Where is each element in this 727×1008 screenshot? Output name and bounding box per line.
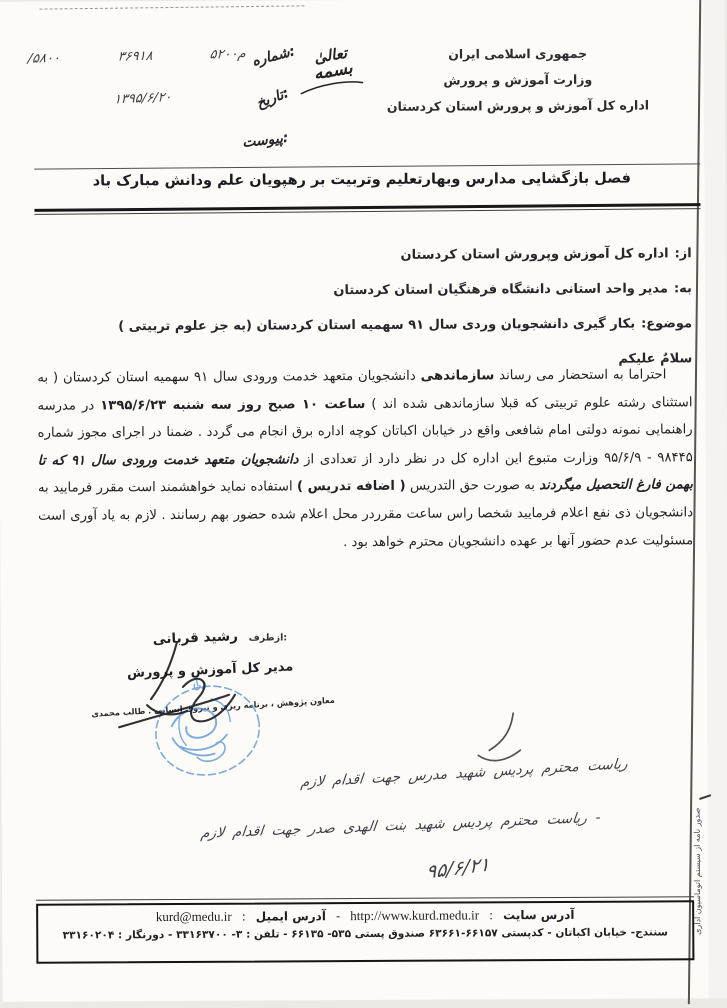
subject-text: بکار گیری دانشجویان وردی سال ۹۱ سهمیه اس…	[118, 317, 635, 335]
besmele-calligraphy: تعالیٰ بسمه	[291, 40, 375, 97]
from-label: از:	[675, 246, 692, 261]
email-value: kurd@medu.ir	[156, 909, 232, 924]
date-label: تاریخ:	[254, 85, 291, 112]
from-text: اداره کل آموزش وپرورش استان کردستان	[400, 246, 668, 262]
to-label: به:	[674, 281, 692, 296]
org-line-country: جمهوری اسلامی ایران	[378, 40, 658, 67]
body-segment: به صورت حق التدریس	[406, 478, 540, 494]
subject-label: موضوع:	[641, 316, 692, 331]
colon: :	[242, 910, 246, 924]
number-part: م۵۲۰۰	[209, 47, 246, 63]
number-value: ۵۸۰۰/۳۶۹۱۸م۵۲۰۰	[28, 47, 246, 67]
letter-body: احتراما به استحضار می رساند سازماندهی دا…	[37, 361, 693, 558]
org-line-ministry: وزارت آموزش و پرورش	[378, 66, 658, 93]
scanned-letter-sheet: جمهوری اسلامی ایران وزارت آموزش و پرورش …	[0, 0, 727, 1000]
body-segment: سازماندهی	[421, 368, 495, 383]
attachment-label: پیوست:	[241, 130, 289, 151]
handwritten-date: ۹۵/۶/۲۱	[426, 853, 490, 883]
website-label: آدرس سایت	[503, 908, 575, 922]
number-part: ۳۶۹۱۸	[117, 49, 153, 65]
signature-ink	[111, 638, 272, 749]
address-block: از:اداره کل آموزش وپرورش استان کردستان ب…	[39, 236, 693, 379]
footer-contact-line: آدرس سایت:http://www.kurd.medu.ir-آدرس ا…	[38, 906, 692, 925]
website-url: http://www.kurd.medu.ir	[350, 907, 479, 923]
date-value: ۱۳۹۵/۶/۲۰	[113, 90, 172, 107]
body-segment: ساعت ۱۰ صبح روز سه شنبه ۱۳۹۵/۶/۲۳	[100, 397, 365, 413]
footer-box: آدرس سایت:http://www.kurd.medu.ir-آدرس ا…	[36, 900, 694, 963]
dash: -	[336, 909, 340, 923]
handwritten-note-1: ریاست محترم پردیس شهید مدرس جهت اقدام لا…	[300, 756, 629, 791]
to-line: به:مدیر واحد استانی دانشگاه فرهنگیان است…	[39, 271, 692, 309]
colon: :	[489, 908, 493, 922]
body-segment: احتراما به استحضار می رساند	[494, 367, 666, 383]
to-text: مدیر واحد استانی دانشگاه فرهنگیان استان …	[333, 281, 668, 298]
handwritten-scribble	[469, 709, 531, 765]
from-line: از:اداره کل آموزش وپرورش استان کردستان	[39, 236, 692, 274]
number-label: شماره:	[250, 43, 296, 69]
subject-line: موضوع:بکار گیری دانشجویان وردی سال ۹۱ سه…	[39, 306, 692, 344]
scan-dashed-mark	[39, 5, 304, 9]
letterhead-org-block: جمهوری اسلامی ایران وزارت آموزش و پرورش …	[378, 40, 658, 119]
banner-text: فصل بازگشایی مدارس وبهارتعلیم وتربیت بر …	[0, 170, 725, 190]
handwritten-note-2: - ریاست محترم پردیس شهید بنت الهدی صدر ج…	[200, 810, 602, 842]
divider	[34, 163, 700, 169]
org-line-department: اداره کل آموزش و پرورش استان کردستان	[378, 92, 658, 119]
footer-address-line: سنندج- خیابان اکباتان - کدپستی ۶۶۱۵۷-۶۳۶…	[38, 926, 692, 941]
email-label: آدرس ایمیل	[256, 909, 326, 923]
body-segment: ( اضافه تدریس )	[297, 479, 406, 495]
number-part: ۵۸۰۰/	[27, 51, 61, 67]
scan-edge-strip	[703, 0, 727, 998]
